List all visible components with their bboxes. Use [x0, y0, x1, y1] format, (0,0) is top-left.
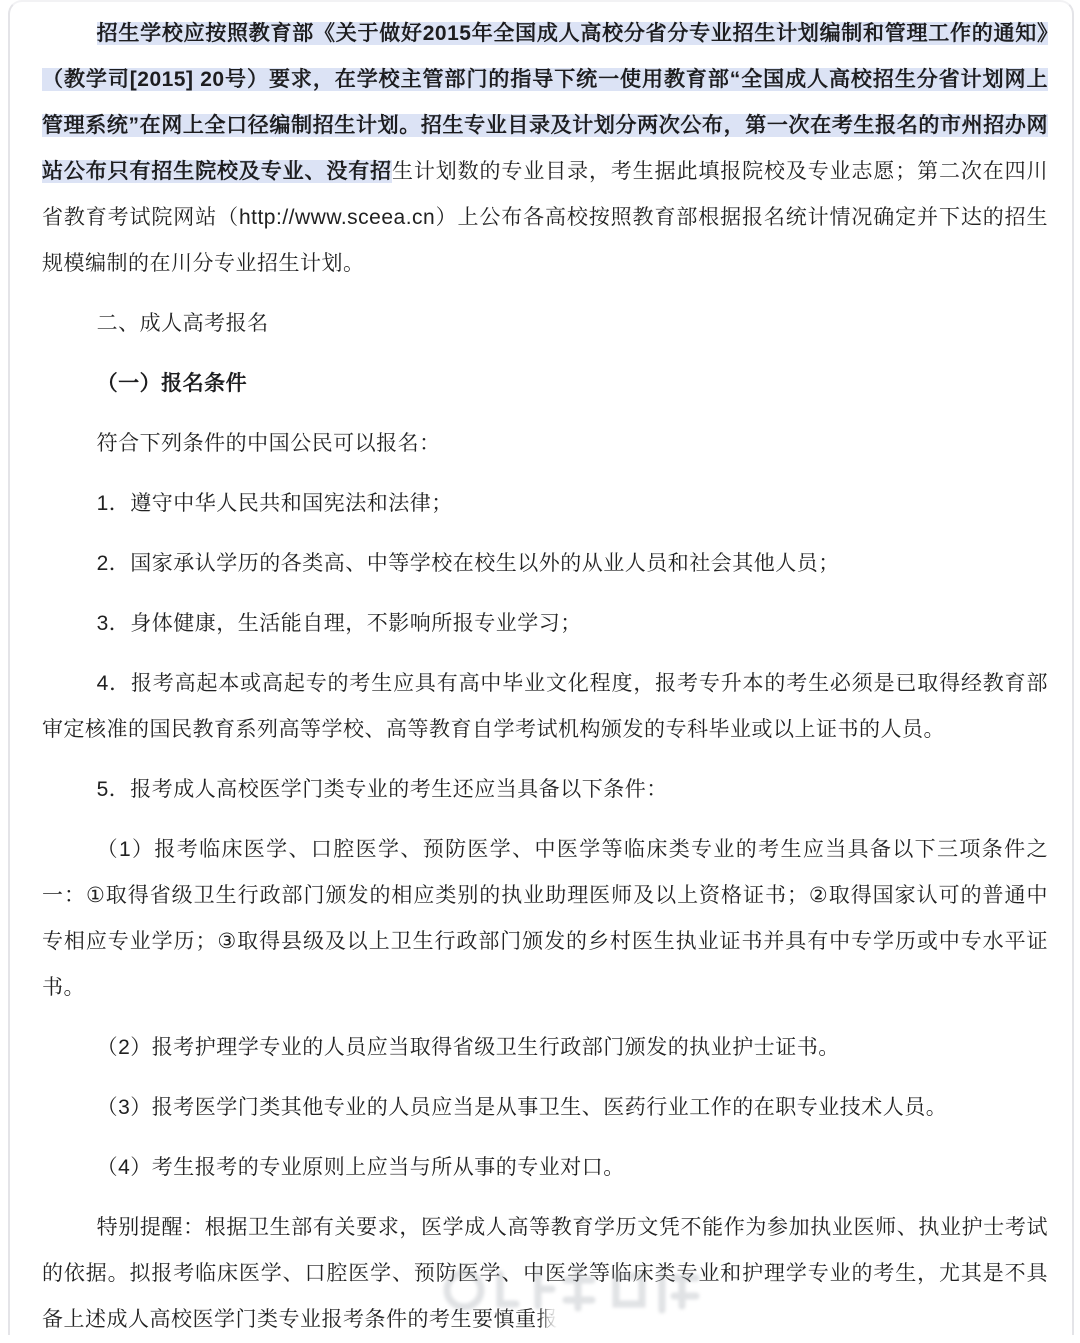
text-run: （一）报名条件: [97, 372, 248, 395]
paragraph: 招生学校应按照教育部《关于做好2015年全国成人高校分省分专业招生计划编制和管理…: [42, 11, 1048, 287]
text-run: 1．遵守中华人民共和国宪法和法律；: [97, 492, 453, 515]
paragraph: 4．报考高起本或高起专的考生应具有高中毕业文化程度，报考专升本的考生必须是已取得…: [42, 661, 1048, 753]
article-card: 招生学校应按照教育部《关于做好2015年全国成人高校分省分专业招生计划编制和管理…: [8, 0, 1074, 1321]
highlighted-text-run: 招生学校应按照教育部《关于做好2015年全国成人高校分省分专业招生计划编制和管理…: [42, 22, 1048, 183]
paragraph: 符合下列条件的中国公民可以报名：: [42, 421, 1048, 467]
text-run: 符合下列条件的中国公民可以报名：: [97, 432, 441, 455]
text-run: 3．身体健康，生活能自理，不影响所报专业学习；: [97, 612, 582, 635]
paragraph: 3．身体健康，生活能自理，不影响所报专业学习；: [42, 601, 1048, 647]
text-run: （4）考生报考的专业原则上应当与所从事的专业对口。: [97, 1156, 625, 1179]
paragraph: 2．国家承认学历的各类高、中等学校在校生以外的从业人员和社会其他人员；: [42, 541, 1048, 587]
paragraph: 1．遵守中华人民共和国宪法和法律；: [42, 481, 1048, 527]
text-run: （2）报考护理学专业的人员应当取得省级卫生行政部门颁发的执业护士证书。: [97, 1036, 840, 1059]
text-run: 5．报考成人高校医学门类专业的考生还应当具备以下条件：: [97, 778, 668, 801]
paragraph: 二、成人高考报名: [42, 301, 1048, 347]
paragraph: （2）报考护理学专业的人员应当取得省级卫生行政部门颁发的执业护士证书。: [42, 1025, 1048, 1071]
paragraph: （3）报考医学门类其他专业的人员应当是从事卫生、医药行业工作的在职专业技术人员。: [42, 1085, 1048, 1131]
text-run: （1）报考临床医学、口腔医学、预防医学、中医学等临床类专业的考生应当具备以下三项…: [42, 838, 1048, 999]
text-run: 4．报考高起本或高起专的考生应具有高中毕业文化程度，报考专升本的考生必须是已取得…: [42, 672, 1048, 741]
paragraph: （一）报名条件: [42, 361, 1048, 407]
text-run: 报: [537, 1308, 559, 1321]
paragraph: 特别提醒：根据卫生部有关要求，医学成人高等教育学历文凭不能作为参加执业医师、执业…: [42, 1205, 1048, 1321]
paragraph: 5．报考成人高校医学门类专业的考生还应当具备以下条件：: [42, 767, 1048, 813]
paragraph: （1）报考临床医学、口腔医学、预防医学、中医学等临床类专业的考生应当具备以下三项…: [42, 827, 1048, 1011]
document-body: 招生学校应按照教育部《关于做好2015年全国成人高校分省分专业招生计划编制和管理…: [10, 2, 1072, 1321]
text-run: 二、成人高考报名: [97, 312, 269, 335]
text-run: 特别提醒：根据卫生部有关要求，医学成人高等教育学历文凭不能作为参加执业医师、执业…: [42, 1216, 1048, 1321]
paragraph: （4）考生报考的专业原则上应当与所从事的专业对口。: [42, 1145, 1048, 1191]
text-run: （3）报考医学门类其他专业的人员应当是从事卫生、医药行业工作的在职专业技术人员。: [97, 1096, 948, 1119]
text-run: 2．国家承认学历的各类高、中等学校在校生以外的从业人员和社会其他人员；: [97, 552, 840, 575]
